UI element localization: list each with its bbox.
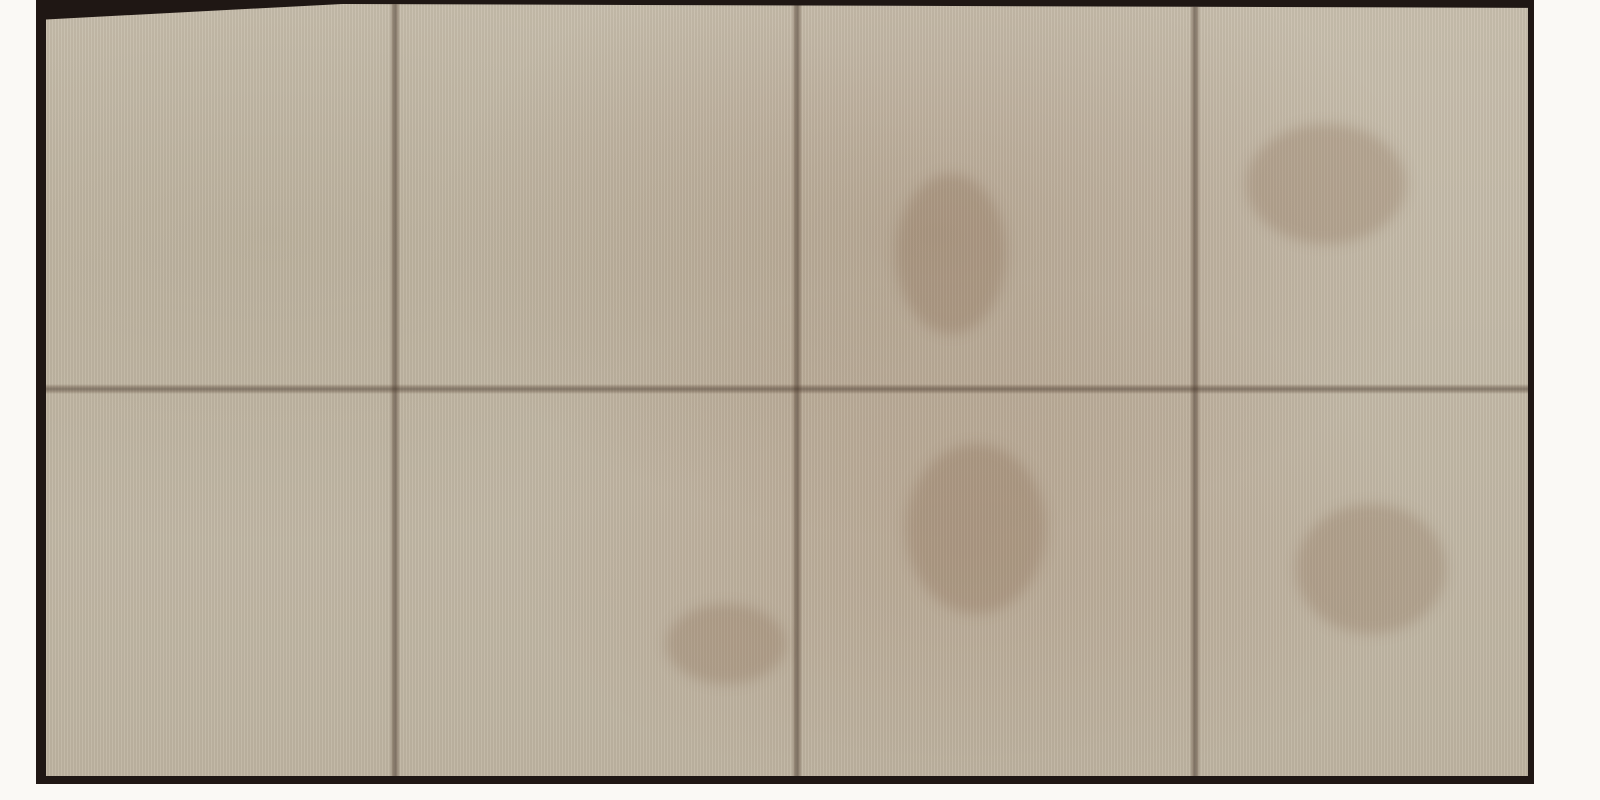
stain (896, 174, 1006, 334)
horizontal-fold (46, 384, 1528, 394)
banknote-paper (46, 4, 1528, 776)
stain (906, 444, 1046, 614)
stain (1246, 124, 1406, 244)
stain (1296, 504, 1446, 634)
stain (666, 604, 786, 684)
